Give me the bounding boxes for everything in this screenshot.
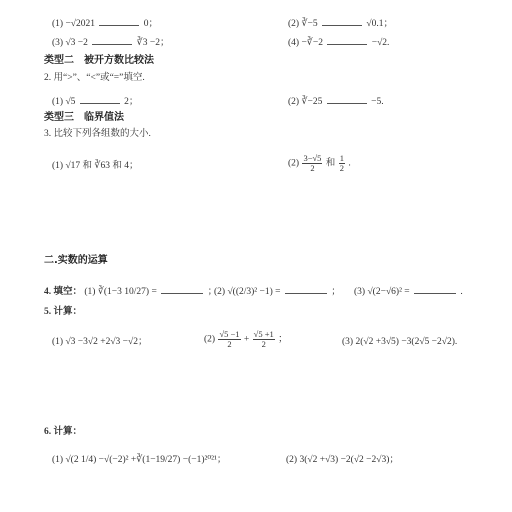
item-label: (2)	[288, 159, 299, 169]
item-label: (1)	[52, 97, 63, 107]
item-label: (2)	[204, 335, 215, 345]
q6-item2: (2) 3(√2 +√3) −2(√2 −2√3)；	[286, 456, 399, 466]
operator: +	[244, 335, 249, 345]
section2-heading: 二.实数的运算	[44, 256, 108, 266]
denominator: 2	[262, 340, 266, 349]
math-expression: √(2 1/4) −√(−2)² +∛(1−19/27) −(−1)²⁰²¹；	[65, 455, 226, 465]
item-label: (1)	[52, 455, 63, 465]
math-expression: √3 −3√2 +2√3 −√2；	[65, 337, 147, 347]
denominator: 2	[340, 164, 344, 173]
item-label: (3)	[342, 337, 353, 347]
math-expression: ∛−25	[301, 97, 322, 107]
q4-item3: (3) √(2−√6)² = .	[354, 284, 463, 298]
math-expression: √(2−√6)² =	[367, 287, 409, 297]
denominator: 2	[227, 340, 231, 349]
math-expression: √5	[65, 97, 75, 107]
answer-blank[interactable]	[327, 35, 367, 45]
q5-prompt: 5. 计算：	[44, 308, 82, 318]
q1-item2: (2) ∛−5 √0.1；	[288, 16, 393, 30]
q5-item2: (2) √5 −1 2 + √5 +1 2 ；	[204, 330, 288, 349]
q4-row: 4. 填空： (1) ∛(1−3 10/27) = ；	[44, 284, 217, 298]
math-expression: ∛−5	[301, 19, 317, 29]
math-expression: 2；	[124, 97, 138, 107]
math-expression: 2(√2 +3√5) −3(2√5 −2√2).	[355, 337, 457, 347]
answer-blank[interactable]	[285, 284, 327, 294]
item-label: (2)	[288, 19, 299, 29]
math-expression: ∛(1−3 10/27) =	[98, 287, 157, 297]
punctuation: ；	[331, 287, 341, 297]
math-expression: √0.1；	[366, 19, 393, 29]
item-label: (3)	[354, 287, 365, 297]
punctuation: ；	[278, 335, 288, 345]
answer-blank[interactable]	[80, 94, 120, 104]
item-label: (1)	[52, 161, 63, 171]
q5-item3: (3) 2(√2 +3√5) −3(2√5 −2√2).	[342, 338, 457, 348]
q2-item1: (1) √5 2；	[52, 94, 138, 108]
q3-item1: (1) √17 和 ∛63 和 4；	[52, 162, 138, 172]
q4-prompt: 4. 填空：	[44, 287, 82, 297]
punctuation: .	[348, 159, 350, 169]
type2-heading: 类型二 被开方数比较法	[44, 56, 154, 66]
fraction: √5 −1 2	[218, 330, 240, 349]
item-label: (2)	[214, 287, 225, 297]
answer-blank[interactable]	[99, 16, 139, 26]
item-label: (1)	[52, 337, 63, 347]
math-expression: √((2/3)² −1) =	[227, 287, 280, 297]
q4-item2: (2) √((2/3)² −1) = ；	[214, 284, 341, 298]
item-label: (1)	[52, 19, 63, 29]
math-expression: −√2021	[65, 19, 95, 29]
math-expression: −5.	[371, 97, 383, 107]
punctuation: .	[460, 287, 462, 297]
item-label: (4)	[288, 38, 299, 48]
math-expression: √3 −2	[65, 38, 87, 48]
denominator: 2	[310, 164, 314, 173]
q3-prompt: 3. 比较下列各组数的大小.	[44, 130, 151, 140]
fraction: 3−√5 2	[302, 154, 322, 173]
q2-item2: (2) ∛−25 −5.	[288, 94, 384, 108]
q2-prompt: 2. 用“>”、“<”或“=”填空.	[44, 74, 145, 84]
type3-heading: 类型三 临界值法	[44, 113, 124, 123]
answer-blank[interactable]	[161, 284, 203, 294]
answer-blank[interactable]	[322, 16, 362, 26]
conjunction: 和	[326, 159, 336, 169]
math-expression: √17 和 ∛63 和 4；	[65, 161, 138, 171]
item-label: (1)	[84, 287, 95, 297]
item-label: (3)	[52, 38, 63, 48]
math-expression: ∛3 −2；	[137, 38, 170, 48]
q1-item4: (4) −∛−2 −√2.	[288, 35, 389, 49]
math-expression: 0；	[144, 19, 158, 29]
q1-item1: (1) −√2021 0；	[52, 16, 158, 30]
math-expression: −√2.	[372, 38, 390, 48]
q5-item1: (1) √3 −3√2 +2√3 −√2；	[52, 338, 148, 348]
q6-item1: (1) √(2 1/4) −√(−2)² +∛(1−19/27) −(−1)²⁰…	[52, 456, 226, 466]
q1-item3: (3) √3 −2 ∛3 −2；	[52, 35, 169, 49]
math-expression: 3(√2 +√3) −2(√2 −2√3)；	[299, 455, 398, 465]
q3-item2: (2) 3−√5 2 和 1 2 .	[288, 154, 351, 173]
answer-blank[interactable]	[327, 94, 367, 104]
item-label: (2)	[288, 97, 299, 107]
math-expression: −∛−2	[301, 38, 323, 48]
q6-prompt: 6. 计算：	[44, 428, 82, 438]
item-label: (2)	[286, 455, 297, 465]
fraction: 1 2	[339, 154, 345, 173]
answer-blank[interactable]	[414, 284, 456, 294]
fraction: √5 +1 2	[253, 330, 275, 349]
answer-blank[interactable]	[92, 35, 132, 45]
